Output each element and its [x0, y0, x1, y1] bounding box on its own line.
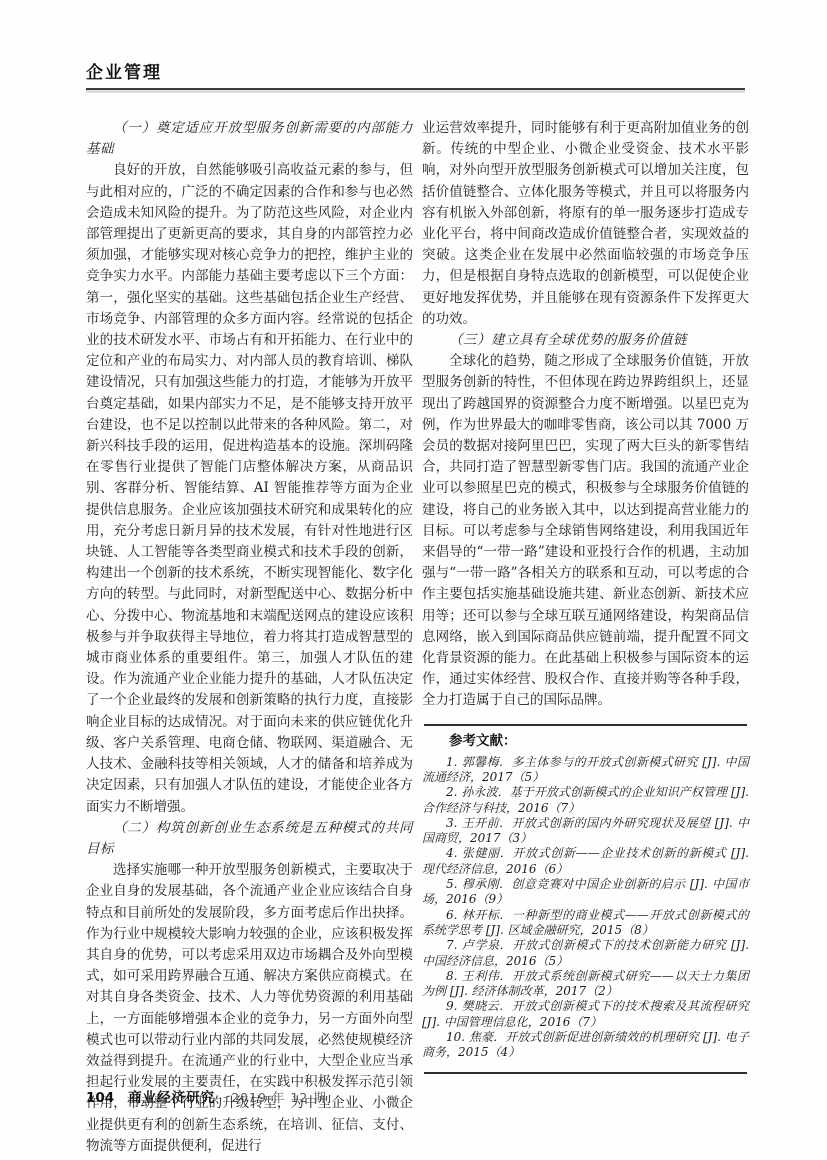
body-paragraph: 良好的开放，自然能够吸引高收益元素的参与，但与此相对应的，广泛的不确定因素的合作… — [86, 160, 413, 817]
reference-item: 8. 王利伟．开放式系统创新模式研究——以天士力集团为例 [J]. 经济体制改革… — [422, 969, 749, 1000]
reference-item: 4. 张健丽．开放式创新——企业技术创新的新模式 [J]. 现代经济信息，201… — [422, 846, 749, 877]
subsection-heading-global-value-chain: （三）建立具有全球优势的服务价值链 — [422, 330, 749, 351]
page-header: 企业管理 — [86, 58, 745, 90]
body-paragraph: 全球化的趋势，随之形成了全球服务价值链，开放型服务创新的特性，不但体现在跨边界跨… — [422, 351, 749, 711]
reference-item: 2. 孙永波．基于开放式创新模式的企业知识产权管理 [J]. 合作经济与科技，2… — [422, 785, 749, 816]
reference-item: 6. 林开标．一种新型的商业模式——开放式创新模式的系统学思考 [J]. 区域金… — [422, 908, 749, 939]
references-bottom-rule — [424, 1072, 747, 1074]
reference-item: 5. 穆承刚．创意竞赛对中国企业创新的启示 [J]. 中国市场，2016（9） — [422, 877, 749, 908]
references-top-rule — [424, 724, 747, 726]
article-body: （一）奠定适应开放型服务创新需要的内部能力基础 良好的开放，自然能够吸引高收益元… — [86, 118, 749, 1157]
page-number: 104 — [86, 1090, 114, 1106]
reference-item: 1. 郭馨梅．多主体参与的开放式创新模式研究 [J]. 中国流通经济，2017（… — [422, 755, 749, 786]
issue-label: 2019 年 12 期 — [231, 1090, 327, 1105]
section-category-label: 企业管理 — [86, 63, 162, 83]
page-footer: 104商业经济研究2019 年 12 期 — [86, 1086, 327, 1106]
body-paragraph-continued: 业运营效率提升，同时能够有利于更高附加值业务的创新。传统的中型企业、小微企业受资… — [422, 118, 749, 330]
subsection-heading-internal-capability: （一）奠定适应开放型服务创新需要的内部能力基础 — [86, 118, 413, 160]
reference-item: 9. 樊晓云．开放式创新模式下的技术搜索及其流程研究 [J]. 中国管理信息化，… — [422, 999, 749, 1030]
reference-item: 7. 卢学泉．开放式创新模式下的技术创新能力研究 [J]. 中国经济信息，201… — [422, 938, 749, 969]
body-paragraph: 选择实施哪一种开放型服务创新模式，主要取决于企业自身的发展基础，各个流通产业企业… — [86, 860, 413, 1157]
reference-item: 3. 王开前．开放式创新的国内外研究现状及展望 [J]. 中国商贸，2017（3… — [422, 816, 749, 847]
journal-page: 企业管理 （一）奠定适应开放型服务创新需要的内部能力基础 良好的开放，自然能够吸… — [0, 0, 827, 1160]
references-heading: 参考文献： — [422, 732, 749, 750]
subsection-heading-innovation-ecosystem: （二）构筑创新创业生态系统是五种模式的共同目标 — [86, 818, 413, 860]
right-column: 业运营效率提升，同时能够有利于更高附加值业务的创新。传统的中型企业、小微企业受资… — [422, 118, 749, 1157]
journal-name: 商业经济研究 — [128, 1090, 215, 1106]
reference-item: 10. 焦豪．开放式创新促进创新绩效的机理研究 [J]. 电子商务，2015（4… — [422, 1030, 749, 1061]
left-column: （一）奠定适应开放型服务创新需要的内部能力基础 良好的开放，自然能够吸引高收益元… — [86, 118, 413, 1157]
